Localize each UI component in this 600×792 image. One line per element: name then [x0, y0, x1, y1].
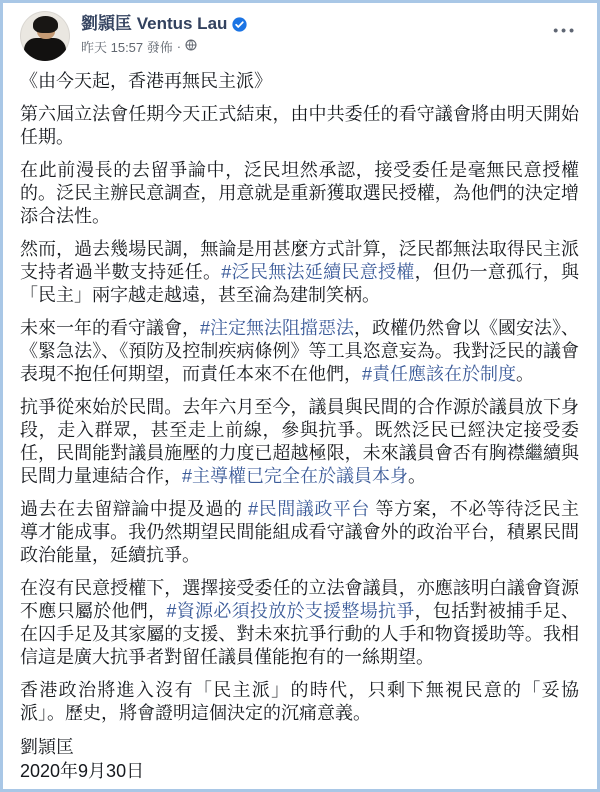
avatar-hair — [33, 16, 58, 33]
facebook-post: 劉頴匡 Ventus Lau 昨天 15:57 發佈 · — [3, 3, 597, 783]
screenshot-frame: 劉頴匡 Ventus Lau 昨天 15:57 發佈 · — [0, 0, 600, 792]
hashtag-link[interactable]: #資源必須投放於支援整場抗爭 — [166, 601, 414, 621]
hashtag-link[interactable]: #主導權已完全在於議員本身 — [182, 466, 408, 486]
post-paragraph: 第六屆立法會任期今天正式結束，由中共委任的看守議會將由明天開始任期。 — [20, 103, 579, 149]
post-text: 未來一年的看守議會， — [20, 318, 200, 338]
post-paragraph: 抗爭從來始於民間。去年六月至今，議員與民間的合作源於議員放下身段，走入群眾，甚至… — [20, 396, 579, 488]
author-name[interactable]: 劉頴匡 Ventus Lau — [81, 14, 227, 34]
post-text: 香港政治將進入沒有「民主派」的時代，只剩下無視民意的「妥協派」。歷史，將會證明這… — [20, 680, 579, 723]
hashtag-link[interactable]: #責任應該在於制度 — [362, 364, 516, 384]
post-body: 《由今天起，香港再無民主派》第六屆立法會任期今天正式結束，由中共委任的看守議會將… — [20, 70, 579, 725]
post-text: 在此前漫長的去留爭論中，泛民坦然承認，接受委任是毫無民意授權的。泛民主辦民意調查… — [20, 160, 579, 226]
avatar[interactable] — [20, 11, 70, 61]
post-paragraph: 香港政治將進入沒有「民主派」的時代，只剩下無視民意的「妥協派」。歷史，將會證明這… — [20, 679, 579, 725]
post-text: 過去在去留辯論中提及過的 — [20, 499, 248, 519]
hashtag-link[interactable]: #泛民無法延續民意授權 — [221, 262, 414, 282]
post-signature-block: 劉頴匡 2020年9月30日 — [20, 735, 579, 783]
post-paragraph: 在沒有民意授權下，選擇接受委任的立法會議員，亦應該明白議會資源不應只屬於他們，#… — [20, 577, 579, 669]
timestamp[interactable]: 昨天 15:57 發佈 — [81, 37, 173, 56]
post-meta: 昨天 15:57 發佈 · — [81, 37, 247, 56]
post-paragraph: 然而，過去幾場民調，無論是用甚麼方式計算，泛民都無法取得民主派支持者過半數支持延… — [20, 238, 579, 307]
more-options-button[interactable]: ••• — [553, 23, 577, 37]
post-text: 。 — [408, 466, 426, 486]
hashtag-link[interactable]: #民間議政平台 — [248, 499, 370, 519]
signature-date: 2020年9月30日 — [20, 759, 579, 783]
post-text: 《由今天起，香港再無民主派》 — [20, 71, 272, 91]
author-line: 劉頴匡 Ventus Lau — [81, 14, 247, 34]
post-paragraph: 在此前漫長的去留爭論中，泛民坦然承認，接受委任是毫無民意授權的。泛民主辦民意調查… — [20, 159, 579, 228]
signature-name: 劉頴匡 — [20, 735, 579, 759]
hashtag-link[interactable]: #注定無法阻擋惡法 — [200, 318, 354, 338]
post-paragraph: 過去在去留辯論中提及過的 #民間議政平台 等方案，不必等待泛民主導才能成事。我仍… — [20, 498, 579, 567]
post-title: 《由今天起，香港再無民主派》 — [20, 70, 579, 93]
meta-separator: · — [177, 39, 181, 54]
post-text: 第六屆立法會任期今天正式結束，由中共委任的看守議會將由明天開始任期。 — [20, 104, 579, 147]
post-paragraph: 未來一年的看守議會，#注定無法阻擋惡法，政權仍然會以《國安法》、《緊急法》、《預… — [20, 317, 579, 386]
globe-privacy-icon — [185, 39, 197, 54]
post-text: 。 — [516, 364, 534, 384]
verified-badge-icon — [232, 17, 247, 32]
header-text: 劉頴匡 Ventus Lau 昨天 15:57 發佈 · — [81, 11, 247, 56]
post-header: 劉頴匡 Ventus Lau 昨天 15:57 發佈 · — [20, 11, 579, 61]
avatar-torso — [24, 38, 66, 61]
